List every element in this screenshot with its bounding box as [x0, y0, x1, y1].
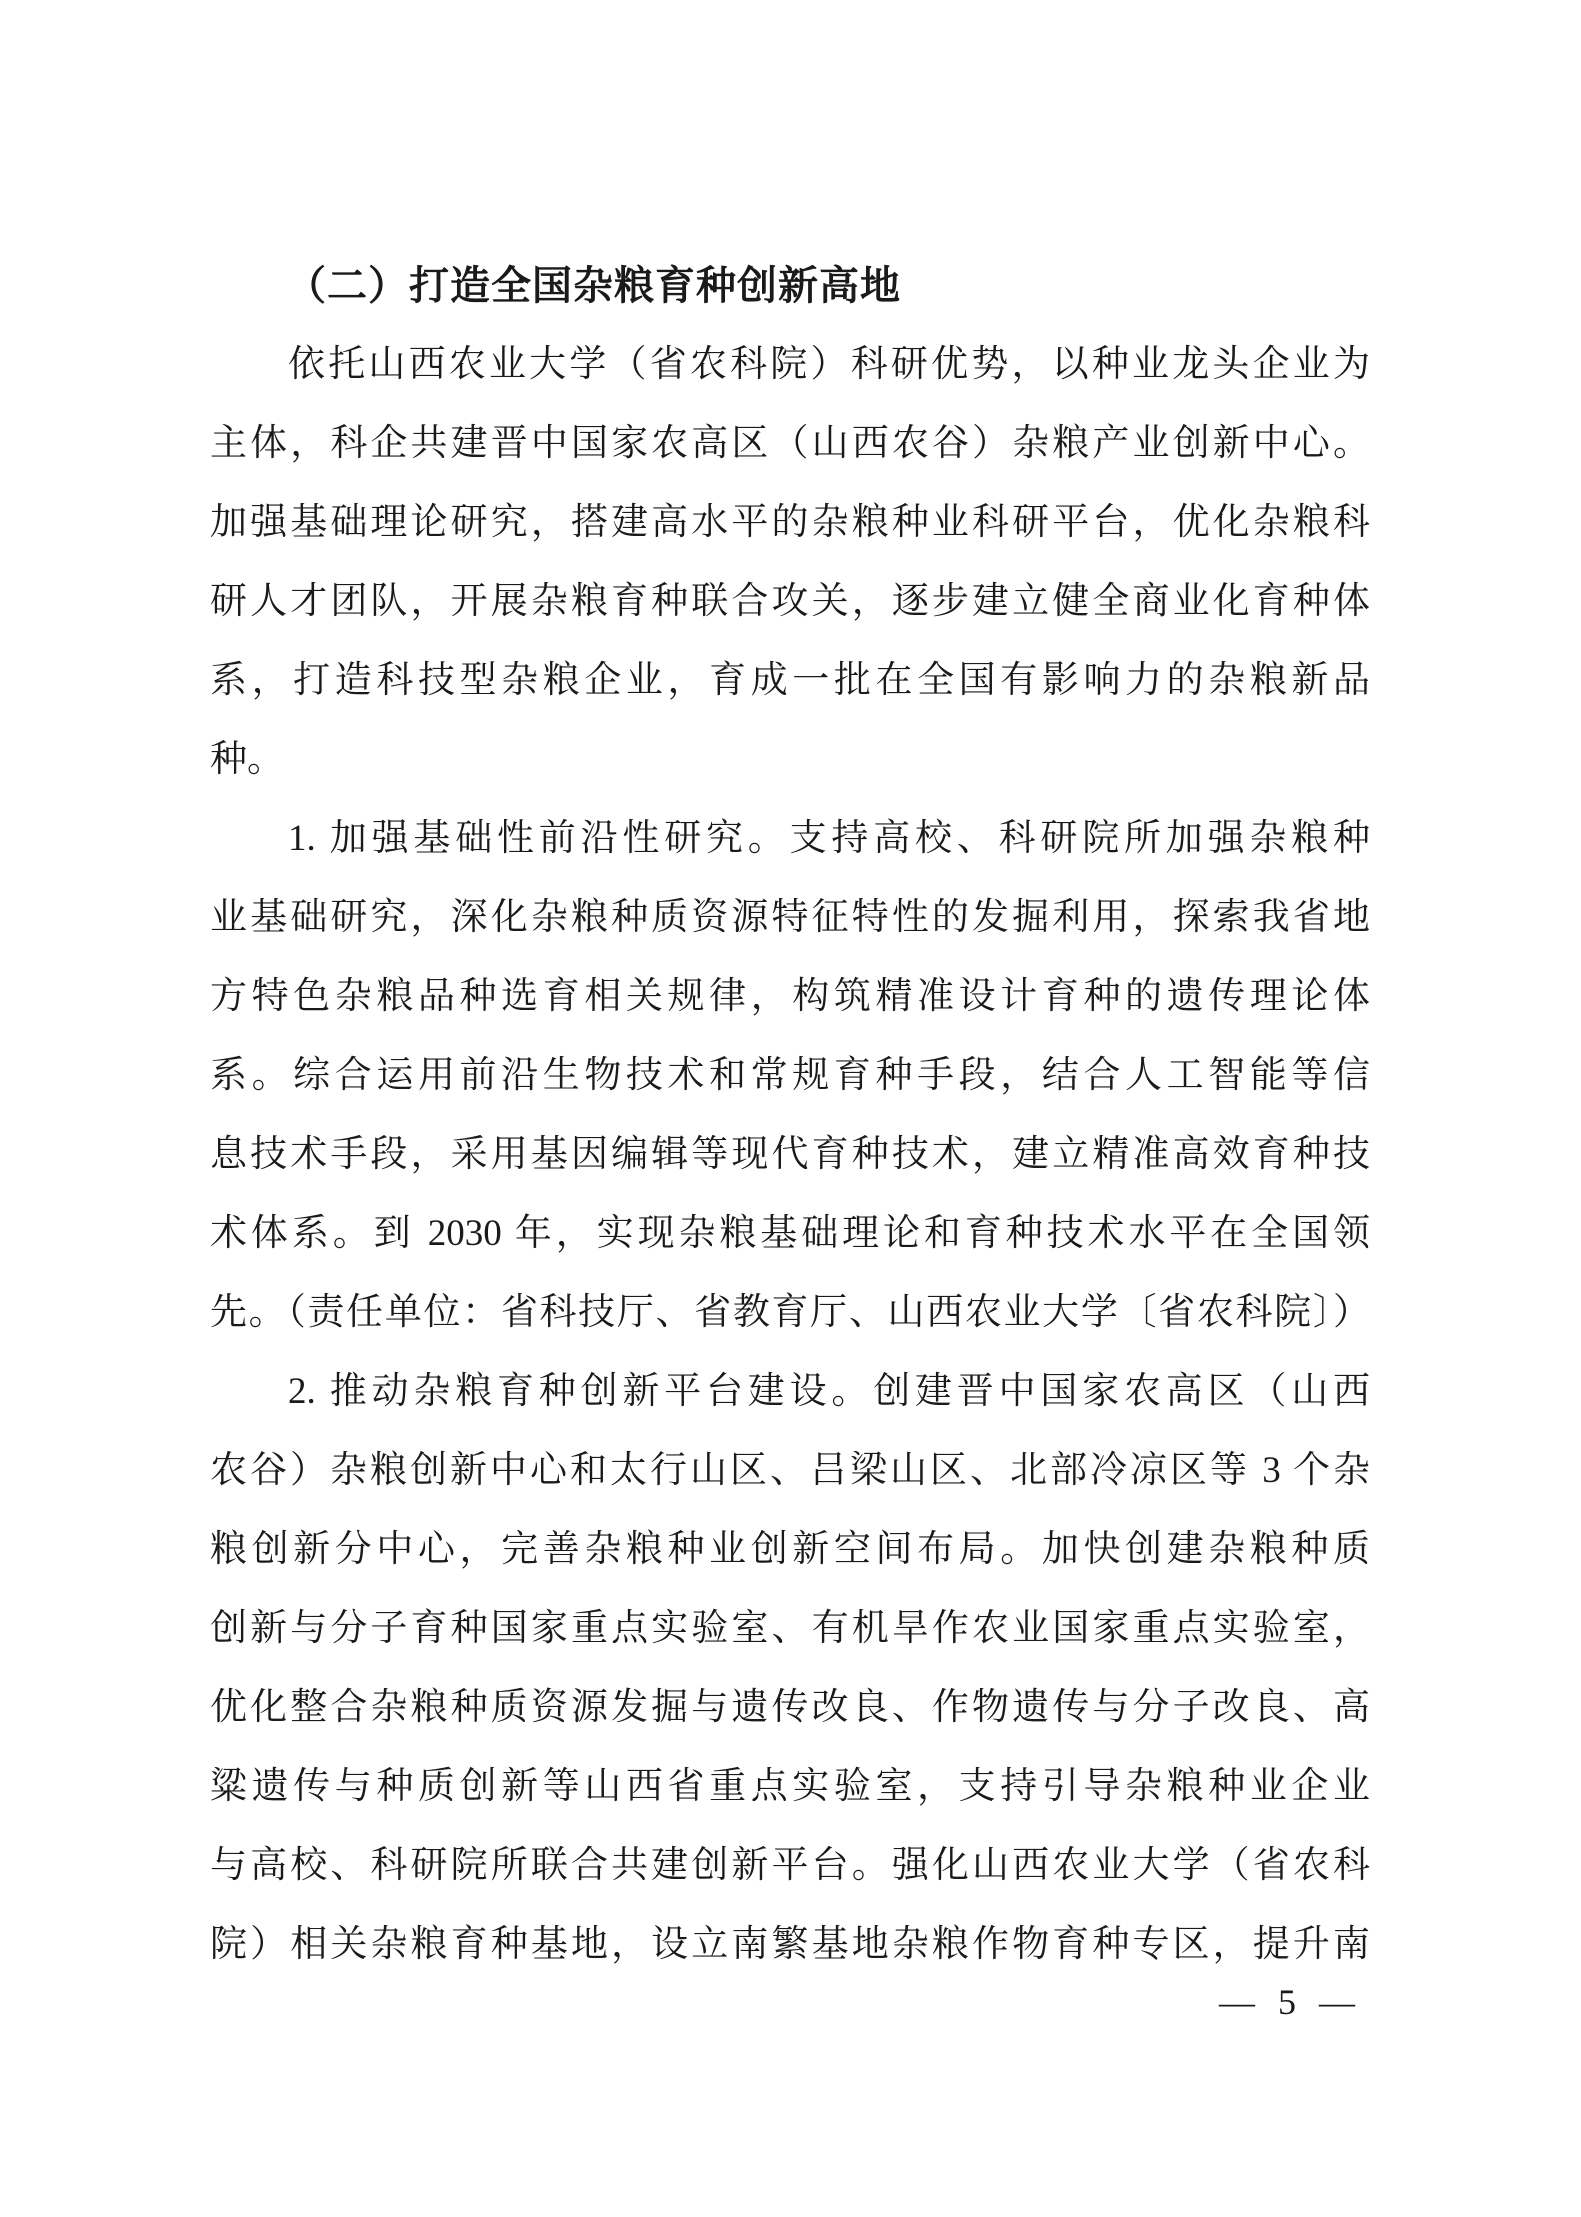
- text-line: 2. 推动杂粮育种创新平台建设。创建晋中国家农高区（山西: [210, 1352, 1370, 1431]
- text-line: 优化整合杂粮种质资源发掘与遗传改良、作物遗传与分子改良、高: [210, 1668, 1370, 1747]
- text-line: 院）相关杂粮育种基地，设立南繁基地杂粮作物育种专区，提升南: [210, 1905, 1370, 1984]
- text-line: 系。综合运用前沿生物技术和常规育种手段，结合人工智能等信: [210, 1036, 1370, 1115]
- text-line: 系，打造科技型杂粮企业，育成一批在全国有影响力的杂粮新品: [210, 641, 1370, 720]
- document-page: （二）打造全国杂粮育种创新高地 依托山西农业大学（省农科院）科研优势，以种业龙头…: [0, 0, 1581, 2217]
- text-line: 先。（责任单位：省科技厅、省教育厅、山西农业大学〔省农科院〕）: [210, 1273, 1370, 1352]
- text-line: 粮创新分中心，完善杂粮种业创新空间布局。加快创建杂粮种质: [210, 1510, 1370, 1589]
- document-body: （二）打造全国杂粮育种创新高地 依托山西农业大学（省农科院）科研优势，以种业龙头…: [210, 246, 1370, 1984]
- text-line: 创新与分子育种国家重点实验室、有机旱作农业国家重点实验室，: [210, 1589, 1370, 1668]
- text-line: 种。: [210, 720, 1370, 799]
- text-line: 研人才团队，开展杂粮育种联合攻关，逐步建立健全商业化育种体: [210, 562, 1370, 641]
- text-line: 农谷）杂粮创新中心和太行山区、吕梁山区、北部冷凉区等 3 个杂: [210, 1431, 1370, 1510]
- text-line: 业基础研究，深化杂粮种质资源特征特性的发掘利用，探索我省地: [210, 878, 1370, 957]
- text-line: 加强基础理论研究，搭建高水平的杂粮种业科研平台，优化杂粮科: [210, 483, 1370, 562]
- text-line: 粱遗传与种质创新等山西省重点实验室，支持引导杂粮种业企业: [210, 1747, 1370, 1826]
- text-line: 依托山西农业大学（省农科院）科研优势，以种业龙头企业为: [210, 325, 1370, 404]
- text-line: 术体系。到 2030 年，实现杂粮基础理论和育种技术水平在全国领: [210, 1194, 1370, 1273]
- text-line: 主体，科企共建晋中国家农高区（山西农谷）杂粮产业创新中心。: [210, 404, 1370, 483]
- text-line: 息技术手段，采用基因编辑等现代育种技术，建立精准高效育种技: [210, 1115, 1370, 1194]
- section-heading: （二）打造全国杂粮育种创新高地: [210, 246, 1370, 325]
- page-number: — 5 —: [1219, 1982, 1355, 2022]
- text-line: 1. 加强基础性前沿性研究。支持高校、科研院所加强杂粮种: [210, 799, 1370, 878]
- text-line: 方特色杂粮品种选育相关规律，构筑精准设计育种的遗传理论体: [210, 957, 1370, 1036]
- text-line: 与高校、科研院所联合共建创新平台。强化山西农业大学（省农科: [210, 1826, 1370, 1905]
